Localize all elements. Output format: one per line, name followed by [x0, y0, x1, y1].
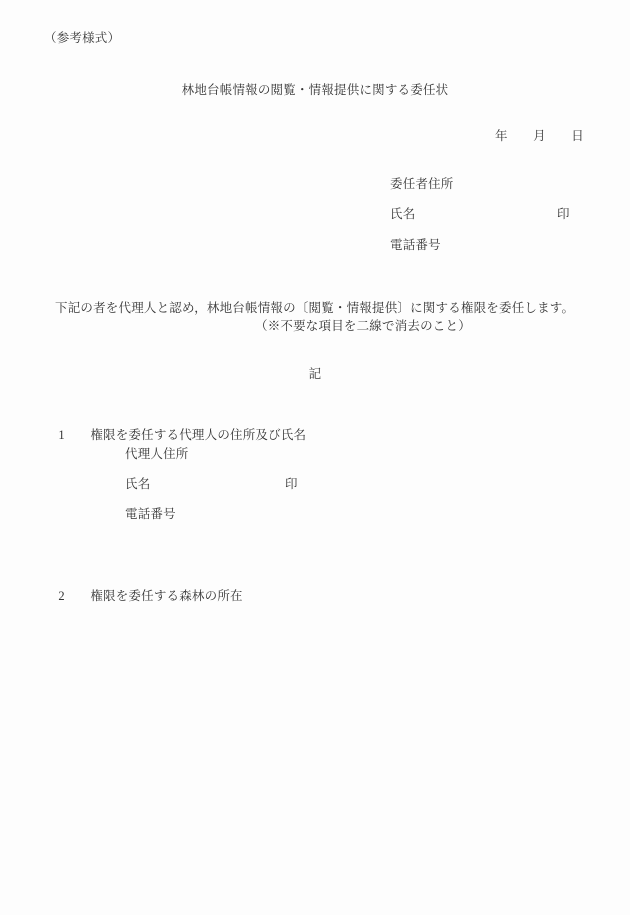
agent-name-label: 氏名	[125, 477, 150, 492]
grantor-address-label: 委任者住所	[390, 177, 454, 192]
document-title: 林地台帳情報の閲覧・情報提供に関する委任状	[0, 83, 630, 98]
agent-address-label: 代理人住所	[125, 447, 189, 462]
record-heading: 記	[0, 367, 630, 382]
agent-seal-label: 印	[285, 477, 298, 492]
proxy-form-document: （参考様式） 林地台帳情報の閲覧・情報提供に関する委任状 年 月 日 委任者住所…	[0, 0, 630, 915]
item-2-text: 権限を委任する森林の所在	[90, 589, 242, 603]
body-note: （※不要な項目を二線で消去のこと）	[255, 319, 471, 334]
item-2: 2権限を委任する森林の所在	[45, 574, 243, 619]
body-statement: 下記の者を代理人と認め，林地台帳情報の〔閲覧・情報提供〕に関する権限を委任します…	[55, 301, 574, 316]
item-2-number: 2	[58, 589, 90, 604]
agent-phone-label: 電話番号	[125, 507, 176, 522]
grantor-seal-label: 印	[557, 207, 570, 222]
form-note: （参考様式）	[44, 31, 120, 46]
item-1-text: 権限を委任する代理人の住所及び氏名	[90, 428, 306, 442]
grantor-name-label: 氏名	[390, 207, 415, 222]
item-1-number: 1	[58, 428, 90, 443]
grantor-phone-label: 電話番号	[390, 238, 441, 253]
date-line: 年 月 日	[495, 129, 584, 144]
